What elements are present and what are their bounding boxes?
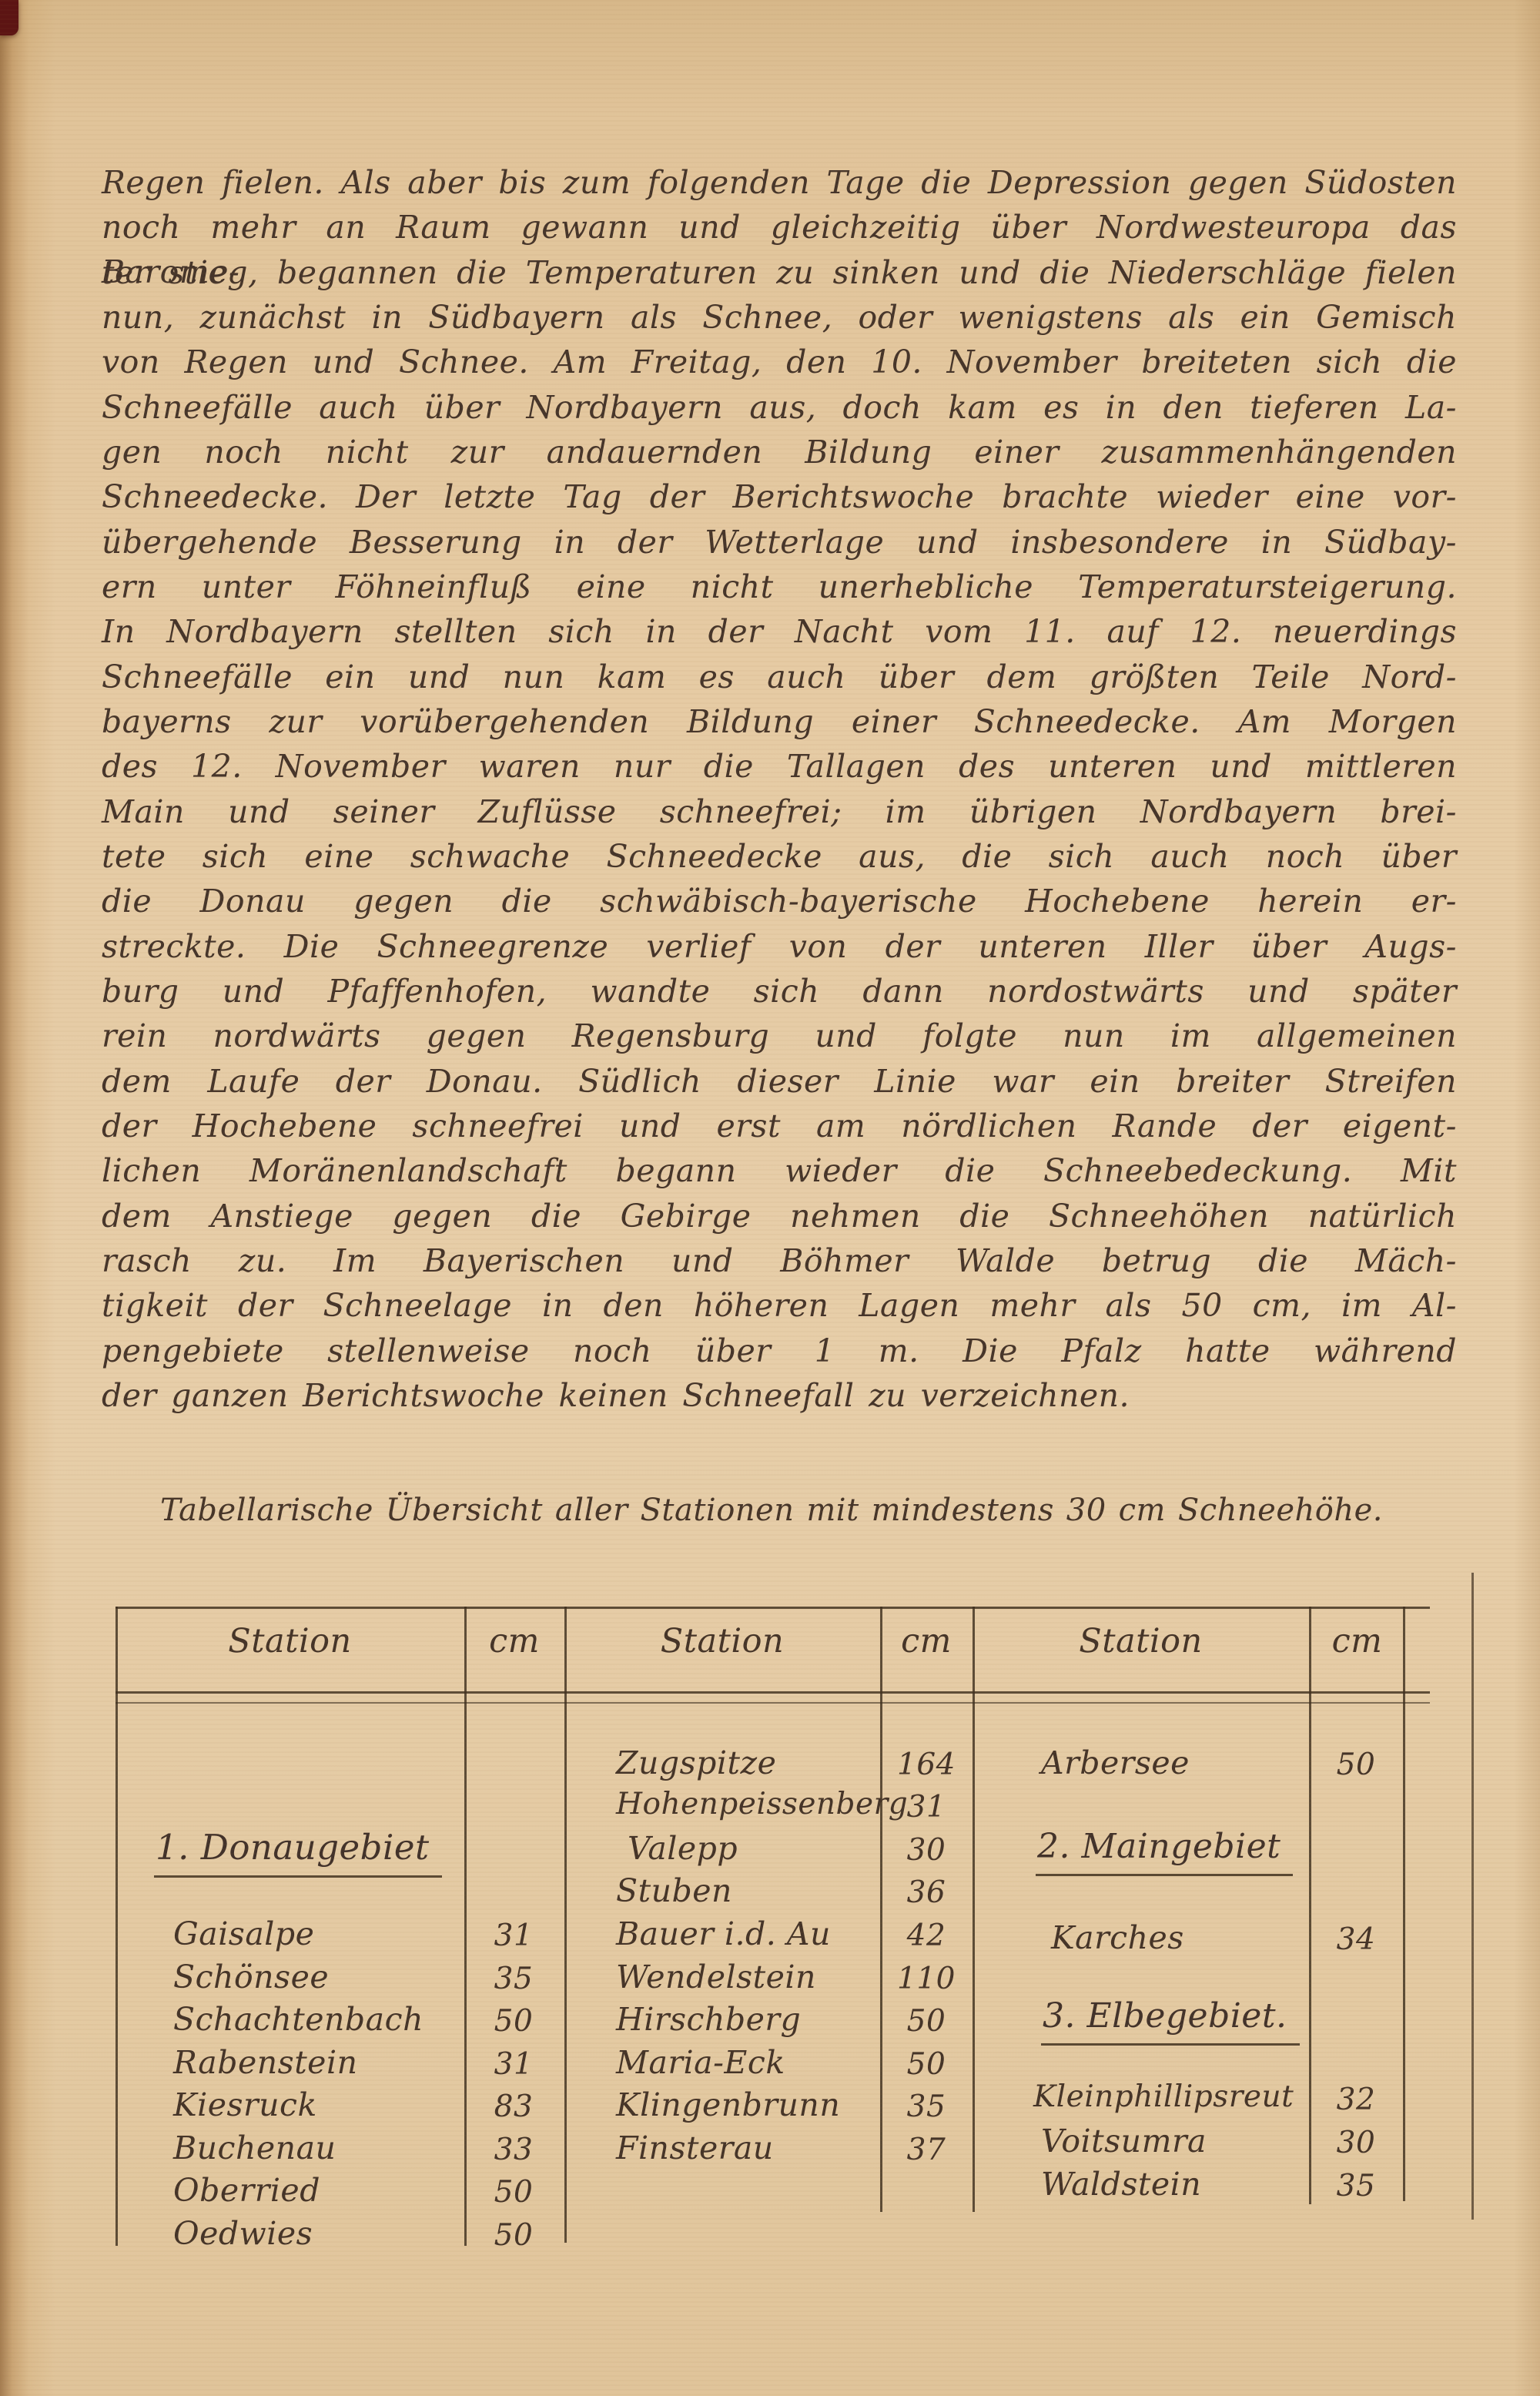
snow-depth-cm: 36	[885, 1875, 967, 1910]
table-divider	[1309, 1607, 1311, 2204]
manuscript-line: Schneefälle auch über Nordbayern aus, do…	[102, 385, 1457, 430]
table-header-rule-2	[115, 1702, 1430, 1704]
station-name: Buchenau	[173, 2130, 336, 2166]
station-name: Oberried	[173, 2172, 320, 2209]
snow-depth-cm: 110	[885, 1962, 967, 1996]
snow-depth-cm: 33	[468, 2133, 559, 2167]
column-header-station-2: Station	[564, 1622, 880, 1660]
manuscript-line: dem Laufe der Donau. Südlich dieser Lini…	[102, 1059, 1457, 1104]
snow-depth-cm: 164	[885, 1748, 967, 1782]
manuscript-line: ter stieg, begannen die Temperaturen zu …	[102, 250, 1457, 295]
manuscript-line: die Donau gegen die schwäbisch-bayerisch…	[102, 879, 1457, 923]
manuscript-line: ern unter Föhneinfluß eine nicht unerheb…	[102, 565, 1457, 609]
manuscript-line: streckte. Die Schneegrenze verlief von d…	[102, 924, 1457, 969]
manuscript-line: nun, zunächst in Südbayern als Schnee, o…	[102, 295, 1457, 340]
station-name: Waldstein	[1041, 2166, 1201, 2203]
column-header-cm-1: cm	[464, 1622, 564, 1660]
book-cover-corner	[0, 0, 18, 35]
table-border-left	[115, 1607, 118, 2246]
manuscript-line: Regen fielen. Als aber bis zum folgenden…	[102, 160, 1457, 205]
station-name: Hirschberg	[616, 2001, 801, 2038]
manuscript-line: gen noch nicht zur andauernden Bildung e…	[102, 430, 1457, 474]
manuscript-line: rasch zu. Im Bayerischen und Böhmer Wald…	[102, 1238, 1457, 1283]
manuscript-line: rein nordwärts gegen Regensburg und folg…	[102, 1014, 1457, 1058]
snow-depth-cm: 50	[885, 2004, 967, 2039]
station-name: Gaisalpe	[173, 1915, 314, 1952]
manuscript-line: dem Anstiege gegen die Gebirge nehmen di…	[102, 1194, 1457, 1238]
snow-depth-cm: 34	[1313, 1922, 1399, 1957]
snow-depth-cm: 30	[885, 1833, 967, 1868]
snow-depth-cm: 31	[468, 2047, 559, 2082]
snow-depth-cm: 35	[885, 2089, 967, 2124]
snow-depth-cm: 42	[885, 1918, 967, 1953]
snow-depth-cm: 35	[1313, 2169, 1399, 2203]
station-name: Klingenbrunn	[616, 2086, 840, 2123]
snow-depth-cm: 30	[1313, 2126, 1399, 2160]
manuscript-line: Main und seiner Zuflüsse schneefrei; im …	[102, 789, 1457, 834]
snow-depth-cm: 50	[1313, 1748, 1399, 1782]
station-name: Schönsee	[173, 1959, 329, 1996]
manuscript-line: Schneefälle ein und nun kam es auch über…	[102, 655, 1457, 699]
manuscript-line: der ganzen Berichtswoche keinen Schneefa…	[102, 1373, 1457, 1418]
station-name: Zugspitze	[616, 1744, 776, 1781]
manuscript-line: lichen Moränenlandschaft begann wieder d…	[102, 1148, 1457, 1193]
manuscript-line: übergehende Besserung in der Wetterlage …	[102, 520, 1457, 565]
snow-depth-cm: 50	[468, 2175, 559, 2210]
table-divider	[464, 1607, 467, 2246]
manuscript-line: bayerns zur vorübergehenden Bildung eine…	[102, 699, 1457, 744]
table-divider	[880, 1607, 882, 2212]
station-name: Stuben	[616, 1872, 732, 1909]
snow-depth-cm: 50	[468, 2004, 559, 2039]
manuscript-line: Schneedecke. Der letzte Tag der Berichts…	[102, 474, 1457, 519]
column-header-cm-3: cm	[1309, 1622, 1405, 1660]
station-name: Hohenpeissenberg	[616, 1787, 908, 1821]
table-header-rule	[115, 1691, 1430, 1694]
station-name: Arbersee	[1041, 1744, 1190, 1781]
snow-depth-cm: 31	[468, 1918, 559, 1953]
snow-depth-cm: 37	[885, 2133, 967, 2167]
snow-depth-cm: 50	[885, 2047, 967, 2082]
table-title: Tabellarische Übersicht aller Stationen …	[160, 1493, 1383, 1528]
station-name: Voitsumra	[1041, 2123, 1207, 2160]
station-name: Valepp	[628, 1830, 738, 1867]
station-name: Maria-Eck	[616, 2044, 785, 2081]
table-border-top	[115, 1607, 1430, 1609]
column-header-station-1: Station	[115, 1622, 464, 1660]
station-name: Karches	[1051, 1919, 1184, 1956]
station-name: Wendelstein	[616, 1959, 816, 1996]
table-divider	[1403, 1607, 1405, 2201]
manuscript-line: von Regen und Schnee. Am Freitag, den 10…	[102, 340, 1457, 384]
manuscript-line: burg und Pfaffenhofen, wandte sich dann …	[102, 969, 1457, 1014]
manuscript-line: tete sich eine schwache Schneedecke aus,…	[102, 834, 1457, 879]
group-heading-donaugebiet: 1. Donaugebiet	[154, 1827, 442, 1878]
snow-depth-cm: 35	[468, 1962, 559, 1996]
station-name: Schachtenbach	[173, 2001, 423, 2038]
column-header-station-3: Station	[973, 1622, 1309, 1660]
page-edge-rule	[1471, 1573, 1474, 2220]
snow-depth-cm: 32	[1313, 2083, 1399, 2117]
table-divider	[973, 1607, 975, 2212]
manuscript-line: tigkeit der Schneelage in den höheren La…	[102, 1283, 1457, 1328]
manuscript-page: Regen fielen. Als aber bis zum folgenden…	[0, 0, 1540, 2396]
manuscript-line: noch mehr an Raum gewann und gleichzeiti…	[102, 205, 1457, 250]
station-name: Bauer i.d. Au	[616, 1915, 831, 1952]
station-name: Kleinphillipsreut	[1033, 2079, 1294, 2114]
snow-depth-cm: 83	[468, 2089, 559, 2124]
station-name: Rabenstein	[173, 2044, 357, 2081]
column-header-cm-2: cm	[880, 1622, 973, 1660]
station-name: Oedwies	[173, 2215, 313, 2252]
station-name: Kiesruck	[173, 2086, 317, 2123]
table-divider	[564, 1607, 567, 2243]
group-heading-maingebiet: 2. Maingebiet	[1036, 1827, 1293, 1876]
manuscript-line: pengebiete stellenweise noch über 1 m. D…	[102, 1329, 1457, 1373]
snow-depth-cm: 31	[885, 1790, 967, 1825]
manuscript-line: des 12. November waren nur die Tallagen …	[102, 744, 1457, 789]
manuscript-line: der Hochebene schneefrei und erst am nör…	[102, 1104, 1457, 1148]
snow-depth-cm: 50	[468, 2218, 559, 2253]
station-name: Finsterau	[616, 2130, 774, 2166]
group-heading-elbegebiet: 3. Elbegebiet.	[1041, 1996, 1300, 2046]
manuscript-line: In Nordbayern stellten sich in der Nacht…	[102, 609, 1457, 654]
